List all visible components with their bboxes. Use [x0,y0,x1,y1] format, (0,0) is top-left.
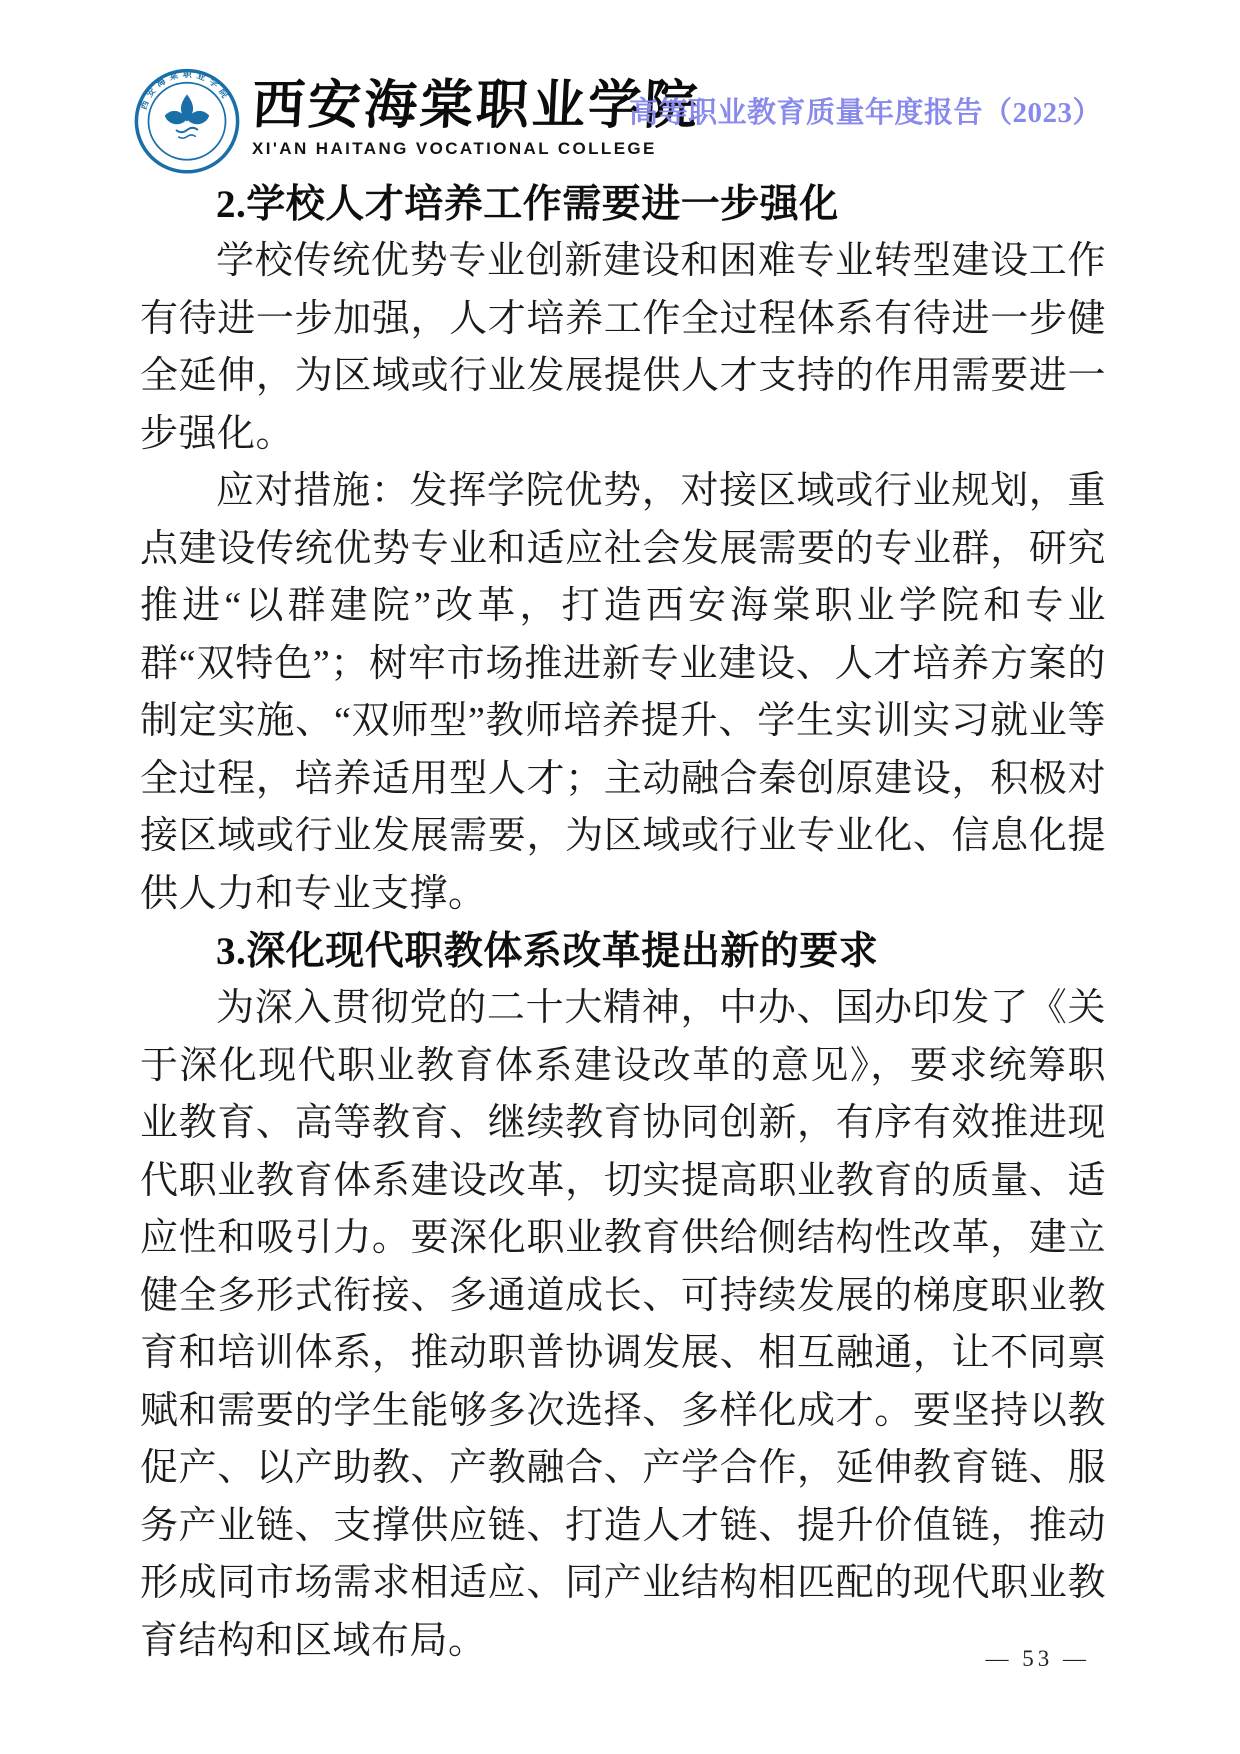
page-number: — 53 — [986,1646,1091,1672]
report-title: 高等职业教育质量年度报告（2023） [629,90,1102,131]
section-3-paragraph-1: 为深入贯彻党的二十大精神，中办、国办印发了《关于深化现代职业教育体系建设改革的意… [140,980,1106,1670]
page-header: 西安海棠职业学院 西安海棠职业学院 XI'AN HAITANG VOCATION… [132,64,1102,182]
section-2-paragraph-2: 应对措施：发挥学院优势，对接区域或行业规划，重点建设传统优势专业和适应社会发展需… [140,463,1106,923]
document-body: 2.学校人才培养工作需要进一步强化 学校传统优势专业创新建设和困难专业转型建设工… [140,176,1106,1670]
section-2-paragraph-1: 学校传统优势专业创新建设和困难专业转型建设工作有待进一步加强，人才培养工作全过程… [140,233,1106,463]
seal-flower-icon [165,95,209,138]
section-2-heading: 2.学校人才培养工作需要进一步强化 [140,176,1106,233]
document-page: 西安海棠职业学院 西安海棠职业学院 XI'AN HAITANG VOCATION… [0,0,1240,1754]
college-seal-icon: 西安海棠职业学院 [132,64,242,174]
college-name-en: XI'AN HAITANG VOCATIONAL COLLEGE [252,139,700,159]
section-3-heading: 3.深化现代职教体系改革提出新的要求 [140,923,1106,980]
